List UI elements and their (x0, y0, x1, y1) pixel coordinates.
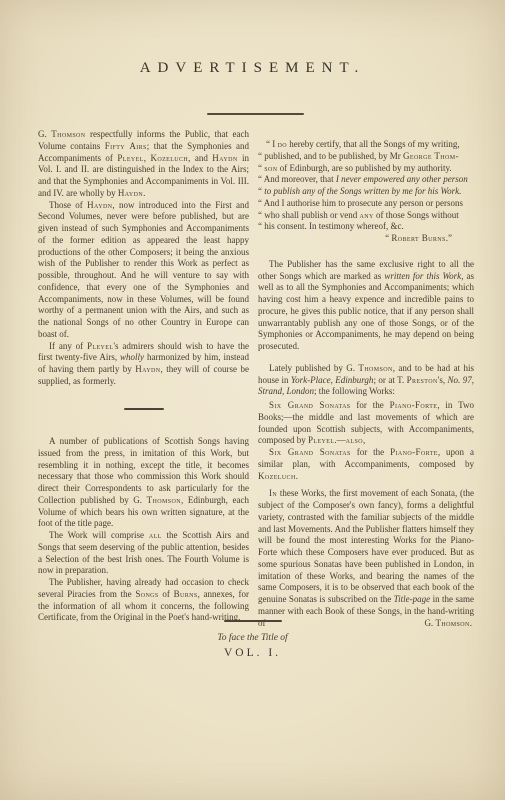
paragraph: Six Grand Sonatas for the Piano-Forte, u… (258, 447, 474, 482)
text-segment: Pleyel (308, 435, 334, 445)
paragraph: A number of publications of Scottish Son… (38, 436, 249, 530)
text-segment: wholly (120, 352, 144, 362)
text-segment: Piano-Forte (390, 447, 438, 457)
paragraph: “ I do hereby certify, that all the Song… (258, 139, 474, 151)
text-segment: Robert Burns (391, 233, 445, 243)
text-segment: Six Grand Sonatas (269, 447, 351, 457)
text-segment: of Edinburgh, are so published by my aut… (277, 163, 451, 173)
paragraph: “ And I authorise him to prosecute any p… (258, 198, 474, 210)
paragraph: “ who shall publish or vend any of those… (258, 210, 474, 222)
text-segment: do (278, 139, 287, 149)
text-segment: hereby certify, that all the Songs of my… (287, 139, 460, 149)
paragraph: G. Thomson respectfully informs the Publ… (38, 129, 249, 200)
title-divider (207, 113, 304, 115)
paragraph: Six Grand Sonatas for the Piano-Forte, i… (258, 400, 474, 447)
text-segment: of (159, 589, 174, 599)
text-segment: Kozeluch (150, 153, 188, 163)
text-segment: Preston (407, 375, 438, 385)
paragraph: The Publisher has the same exclusive rig… (258, 259, 474, 353)
paragraph: Lately published by G. Thomson, and to b… (258, 363, 474, 398)
text-segment: . (143, 188, 145, 198)
text-segment: Burns (174, 589, 198, 599)
text-segment: .” (446, 233, 452, 243)
paragraph: The Publisher, having already had occasi… (38, 577, 249, 624)
text-segment: for the (351, 447, 390, 457)
text-segment: for the (351, 400, 390, 410)
text-segment: Haydn (118, 188, 143, 198)
paragraph: The Work will comprise all the Scottish … (38, 530, 249, 577)
text-segment: Thomson (51, 129, 85, 139)
text-segment: “ published, and to be published, by Mr (258, 151, 403, 161)
text-segment: written for this Work (384, 271, 461, 281)
text-segment: Haydn (135, 364, 160, 374)
text-segment: Lately published by G. (269, 363, 358, 373)
text-segment: 's, (438, 375, 448, 385)
text-segment: If any of (49, 341, 87, 351)
text-segment: I never empowered any other person (336, 174, 468, 184)
footer-caption: To face the Title of (0, 633, 505, 643)
text-segment: .— (334, 435, 345, 445)
text-segment: The Work will comprise (49, 530, 149, 540)
text-segment: Kozeluch (258, 471, 296, 481)
text-segment: “ who shall publish or vend (258, 210, 360, 220)
text-segment: of those Songs without (374, 210, 459, 220)
paragraph: “ to publish any of the Songs written by… (258, 186, 474, 198)
text-segment: York-Place, Edinburgh (291, 375, 374, 385)
text-segment: Songs (135, 589, 158, 599)
text-segment: In (269, 488, 277, 498)
text-segment: also (346, 435, 363, 445)
text-segment: Fifty Airs (105, 141, 147, 151)
text-segment: “ I (266, 139, 278, 149)
text-segment: to publish any of the Songs written by m… (264, 186, 461, 196)
text-segment: Haydn (212, 153, 237, 163)
footer-divider (224, 620, 282, 622)
signature-robert-burns: “ Robert Burns.” (258, 233, 474, 245)
text-segment: these Works, the first movement of each … (258, 488, 474, 604)
left-column: G. Thomson respectfully informs the Publ… (38, 129, 249, 624)
text-segment: Haydn (87, 200, 112, 210)
text-segment: ; or at T. (373, 375, 406, 385)
text-segment: son (264, 163, 277, 173)
paragraph: “ And moreover, that I never empowered a… (258, 174, 474, 186)
text-segment: “ his consent. In testimony whereof, &c. (258, 221, 404, 231)
footer: To face the Title of VOL. I. (0, 620, 505, 659)
text-segment: George Thom- (403, 151, 459, 161)
text-segment: “ And moreover, that (258, 174, 336, 184)
document-page: ADVERTISEMENT. G. Thomson respectfully i… (0, 0, 505, 800)
closing-paragraph: In these Works, the first movement of ea… (258, 488, 474, 629)
text-segment: all (149, 530, 162, 540)
page-title: ADVERTISEMENT. (0, 60, 505, 77)
text-segment: , and (188, 153, 212, 163)
text-segment: , as well as to all the Symphonies and A… (258, 271, 474, 352)
text-segment: Title-page (394, 594, 431, 604)
paragraph: “ his consent. In testimony whereof, &c. (258, 221, 474, 233)
text-segment: Thomson (147, 495, 181, 505)
text-segment: any (360, 210, 374, 220)
paragraph: “ son of Edinburgh, are so published by … (258, 163, 474, 175)
text-segment: Six Grand Sonatas (269, 400, 351, 410)
text-segment: “ And I authorise him to prosecute any p… (258, 198, 463, 208)
paragraph: “ published, and to be published, by Mr … (258, 151, 474, 163)
text-segment: . (296, 471, 298, 481)
text-segment: ; the following Works: (314, 386, 395, 396)
footer-volume-label: VOL. I. (0, 647, 505, 659)
section-divider (124, 408, 164, 411)
text-segment: G. (38, 129, 51, 139)
text-segment: Pleyel (87, 341, 113, 351)
paragraph: If any of Pleyel's admirers should wish … (38, 341, 249, 388)
text-segment: Piano-Forte (390, 400, 438, 410)
right-column: “ I do hereby certify, that all the Song… (258, 129, 474, 629)
text-segment: , (363, 435, 365, 445)
paragraph: Those of Haydn, now introduced into the … (38, 200, 249, 341)
text-segment: Those of (49, 200, 87, 210)
text-segment: Thomson (358, 363, 392, 373)
text-segment: , now introduced into the First and Seco… (38, 200, 249, 339)
text-segment: Pleyel (117, 153, 143, 163)
